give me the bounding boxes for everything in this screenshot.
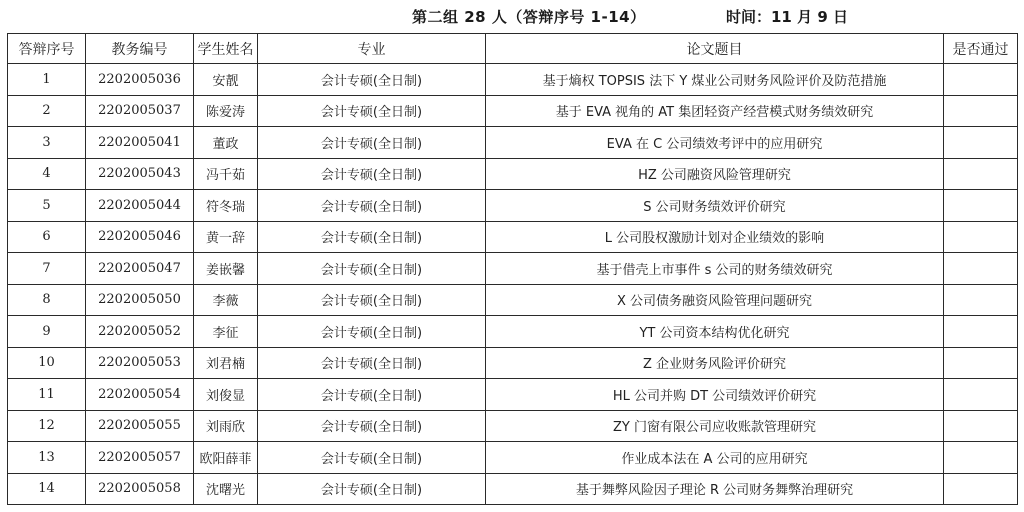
defense-no-cell: 9 [8,316,86,348]
table-row: 92202005052李征会计专硕(全日制)YT 公司资本结构优化研究 [8,316,1018,348]
student-name-cell: 董政 [194,127,258,159]
table-body: 12202005036安靓会计专硕(全日制)基于熵权 TOPSIS 法下 Y 煤… [8,64,1018,505]
thesis-title-cell: HZ 公司融资风险管理研究 [486,158,944,190]
passed-cell [944,473,1018,505]
student-id-cell: 2202005057 [86,442,194,474]
defense-no-cell: 4 [8,158,86,190]
student-name-cell: 沈曙光 [194,473,258,505]
thesis-title-cell: 基于 EVA 视角的 AT 集团轻资产经营模式财务绩效研究 [486,95,944,127]
table-row: 22202005037陈爱涛会计专硕(全日制)基于 EVA 视角的 AT 集团轻… [8,95,1018,127]
defense-roster-table: 答辩序号 教务编号 学生姓名 专业 论文题目 是否通过 12202005036安… [7,33,1018,505]
major-cell: 会计专硕(全日制) [258,379,486,411]
table-row: 12202005036安靓会计专硕(全日制)基于熵权 TOPSIS 法下 Y 煤… [8,64,1018,96]
major-cell: 会计专硕(全日制) [258,410,486,442]
passed-cell [944,64,1018,96]
student-id-cell: 2202005052 [86,316,194,348]
student-name-cell: 欧阳薛菲 [194,442,258,474]
defense-no-cell: 1 [8,64,86,96]
student-id-cell: 2202005043 [86,158,194,190]
thesis-title-cell: EVA 在 C 公司绩效考评中的应用研究 [486,127,944,159]
major-cell: 会计专硕(全日制) [258,473,486,505]
student-name-cell: 冯千茹 [194,158,258,190]
defense-no-cell: 11 [8,379,86,411]
table-row: 72202005047姜嵌馨会计专硕(全日制)基于借壳上市事件 s 公司的财务绩… [8,253,1018,285]
defense-no-cell: 14 [8,473,86,505]
table-row: 112202005054刘俊显会计专硕(全日制)HL 公司并购 DT 公司绩效评… [8,379,1018,411]
student-id-cell: 2202005037 [86,95,194,127]
defense-no-cell: 2 [8,95,86,127]
student-id-cell: 2202005046 [86,221,194,253]
major-cell: 会计专硕(全日制) [258,64,486,96]
student-id-cell: 2202005044 [86,190,194,222]
defense-no-cell: 7 [8,253,86,285]
student-id-cell: 2202005036 [86,64,194,96]
thesis-title-cell: X 公司债务融资风险管理问题研究 [486,284,944,316]
student-name-cell: 刘君楠 [194,347,258,379]
major-cell: 会计专硕(全日制) [258,158,486,190]
column-header-passed: 是否通过 [944,34,1018,64]
defense-no-cell: 6 [8,221,86,253]
defense-no-cell: 8 [8,284,86,316]
column-header-thesis-title: 论文题目 [486,34,944,64]
passed-cell [944,347,1018,379]
thesis-title-cell: 基于熵权 TOPSIS 法下 Y 煤业公司财务风险评价及防范措施 [486,64,944,96]
passed-cell [944,316,1018,348]
passed-cell [944,190,1018,222]
table-row: 142202005058沈曙光会计专硕(全日制)基于舞弊风险因子理论 R 公司财… [8,473,1018,505]
major-cell: 会计专硕(全日制) [258,316,486,348]
passed-cell [944,158,1018,190]
student-name-cell: 安靓 [194,64,258,96]
student-id-cell: 2202005047 [86,253,194,285]
student-name-cell: 李征 [194,316,258,348]
table-header-row: 答辩序号 教务编号 学生姓名 专业 论文题目 是否通过 [8,34,1018,64]
thesis-title-cell: YT 公司资本结构优化研究 [486,316,944,348]
page-header: 第二组 28 人（答辩序号 1-14） 时间：11 月 9 日 [0,6,1024,30]
column-header-student-name: 学生姓名 [194,34,258,64]
major-cell: 会计专硕(全日制) [258,127,486,159]
passed-cell [944,284,1018,316]
student-name-cell: 姜嵌馨 [194,253,258,285]
defense-no-cell: 3 [8,127,86,159]
table-row: 42202005043冯千茹会计专硕(全日制)HZ 公司融资风险管理研究 [8,158,1018,190]
student-name-cell: 符冬瑞 [194,190,258,222]
student-id-cell: 2202005058 [86,473,194,505]
major-cell: 会计专硕(全日制) [258,221,486,253]
student-id-cell: 2202005041 [86,127,194,159]
student-name-cell: 刘雨欣 [194,410,258,442]
student-name-cell: 黄一辞 [194,221,258,253]
thesis-title-cell: 基于借壳上市事件 s 公司的财务绩效研究 [486,253,944,285]
defense-no-cell: 12 [8,410,86,442]
passed-cell [944,442,1018,474]
defense-date: 时间：11 月 9 日 [726,6,848,27]
defense-no-cell: 13 [8,442,86,474]
thesis-title-cell: 基于舞弊风险因子理论 R 公司财务舞弊治理研究 [486,473,944,505]
table-row: 102202005053刘君楠会计专硕(全日制)Z 企业财务风险评价研究 [8,347,1018,379]
thesis-title-cell: 作业成本法在 A 公司的应用研究 [486,442,944,474]
thesis-title-cell: HL 公司并购 DT 公司绩效评价研究 [486,379,944,411]
passed-cell [944,379,1018,411]
student-id-cell: 2202005050 [86,284,194,316]
student-name-cell: 陈爱涛 [194,95,258,127]
column-header-defense-no: 答辩序号 [8,34,86,64]
major-cell: 会计专硕(全日制) [258,284,486,316]
passed-cell [944,410,1018,442]
table-row: 122202005055刘雨欣会计专硕(全日制)ZY 门窗有限公司应收账款管理研… [8,410,1018,442]
passed-cell [944,95,1018,127]
thesis-title-cell: L 公司股权激励计划对企业绩效的影响 [486,221,944,253]
student-id-cell: 2202005055 [86,410,194,442]
passed-cell [944,253,1018,285]
student-id-cell: 2202005053 [86,347,194,379]
defense-no-cell: 10 [8,347,86,379]
major-cell: 会计专硕(全日制) [258,347,486,379]
major-cell: 会计专硕(全日制) [258,253,486,285]
table-row: 132202005057欧阳薛菲会计专硕(全日制)作业成本法在 A 公司的应用研… [8,442,1018,474]
defense-no-cell: 5 [8,190,86,222]
major-cell: 会计专硕(全日制) [258,190,486,222]
table-row: 82202005050李薇会计专硕(全日制)X 公司债务融资风险管理问题研究 [8,284,1018,316]
major-cell: 会计专硕(全日制) [258,95,486,127]
group-title: 第二组 28 人（答辩序号 1-14） [412,6,646,27]
student-name-cell: 刘俊显 [194,379,258,411]
table-row: 32202005041董政会计专硕(全日制)EVA 在 C 公司绩效考评中的应用… [8,127,1018,159]
thesis-title-cell: Z 企业财务风险评价研究 [486,347,944,379]
major-cell: 会计专硕(全日制) [258,442,486,474]
table-row: 62202005046黄一辞会计专硕(全日制)L 公司股权激励计划对企业绩效的影… [8,221,1018,253]
column-header-major: 专业 [258,34,486,64]
student-id-cell: 2202005054 [86,379,194,411]
thesis-title-cell: S 公司财务绩效评价研究 [486,190,944,222]
column-header-student-id: 教务编号 [86,34,194,64]
passed-cell [944,127,1018,159]
thesis-title-cell: ZY 门窗有限公司应收账款管理研究 [486,410,944,442]
passed-cell [944,221,1018,253]
student-name-cell: 李薇 [194,284,258,316]
table-row: 52202005044符冬瑞会计专硕(全日制)S 公司财务绩效评价研究 [8,190,1018,222]
